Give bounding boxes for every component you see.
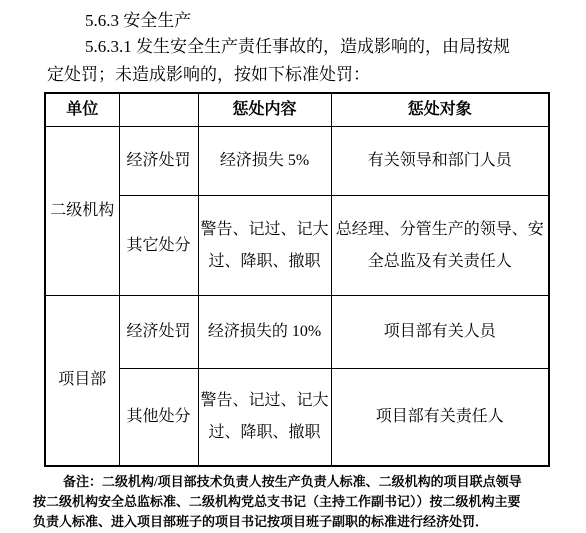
unit-cell-project-dept: 项目部	[45, 296, 119, 466]
header-cell-penalty-content: 惩处内容	[198, 93, 331, 127]
penalty-content-cell: 经济损失的 10%	[198, 296, 331, 369]
category-cell: 其他处分	[119, 369, 198, 466]
unit-cell-secondary-org: 二级机构	[45, 127, 119, 296]
penalty-target-cell: 有关领导和部门人员	[331, 127, 549, 196]
footnote-line-3: 负责人标准、进入项目部班子的项目书记按项目班子副职的标准进行经济处罚．	[33, 512, 568, 532]
penalty-target-cell: 项目部有关人员	[331, 296, 549, 369]
header-cell-subcategory	[119, 93, 198, 127]
penalty-content-cell: 经济损失 5%	[198, 127, 331, 196]
table-header-row: 单位 惩处内容 惩处对象	[45, 93, 549, 127]
section-heading: 5.6.3 安全生产	[85, 8, 586, 33]
penalty-target-cell: 项目部有关责任人	[331, 369, 549, 466]
penalty-standards-table: 单位 惩处内容 惩处对象 二级机构 经济处罚 经济损失 5% 有关领导和部门人员…	[44, 92, 550, 467]
category-cell: 经济处罚	[119, 127, 198, 196]
penalty-target-cell: 总经理、分管生产的领导、安全总监及有关责任人	[331, 196, 549, 296]
header-cell-penalty-target: 惩处对象	[331, 93, 549, 127]
table-row: 其它处分 警告、记过、记大过、降职、撤职 总经理、分管生产的领导、安全总监及有关…	[45, 196, 549, 296]
intro-paragraph-line-1: 5.6.3.1 发生安全生产责任事故的，造成影响的，由局按规	[85, 33, 586, 61]
penalty-content-cell: 警告、记过、记大过、降职、撤职	[198, 196, 331, 296]
table-row: 其他处分 警告、记过、记大过、降职、撤职 项目部有关责任人	[45, 369, 549, 466]
table-row: 项目部 经济处罚 经济损失的 10% 项目部有关人员	[45, 296, 549, 369]
document-page: 5.6.3 安全生产 5.6.3.1 发生安全生产责任事故的，造成影响的，由局按…	[0, 8, 586, 533]
category-cell: 经济处罚	[119, 296, 198, 369]
category-cell: 其它处分	[119, 196, 198, 296]
footnote-block: 备注：二级机构/项目部技术负责人按生产负责人标准、二级机构的项目联点领导 按二级…	[33, 472, 568, 532]
footnote-line-1: 备注：二级机构/项目部技术负责人按生产负责人标准、二级机构的项目联点领导	[33, 472, 568, 492]
table-row: 二级机构 经济处罚 经济损失 5% 有关领导和部门人员	[45, 127, 549, 196]
intro-paragraph-line-2: 定处罚；未造成影响的，按如下标准处罚：	[47, 61, 586, 89]
footnote-line-2: 按二级机构安全总监标准、二级机构党总支书记（主持工作副书记））按二级机构主要	[33, 492, 568, 512]
header-cell-unit: 单位	[45, 93, 119, 127]
penalty-content-cell: 警告、记过、记大过、降职、撤职	[198, 369, 331, 466]
